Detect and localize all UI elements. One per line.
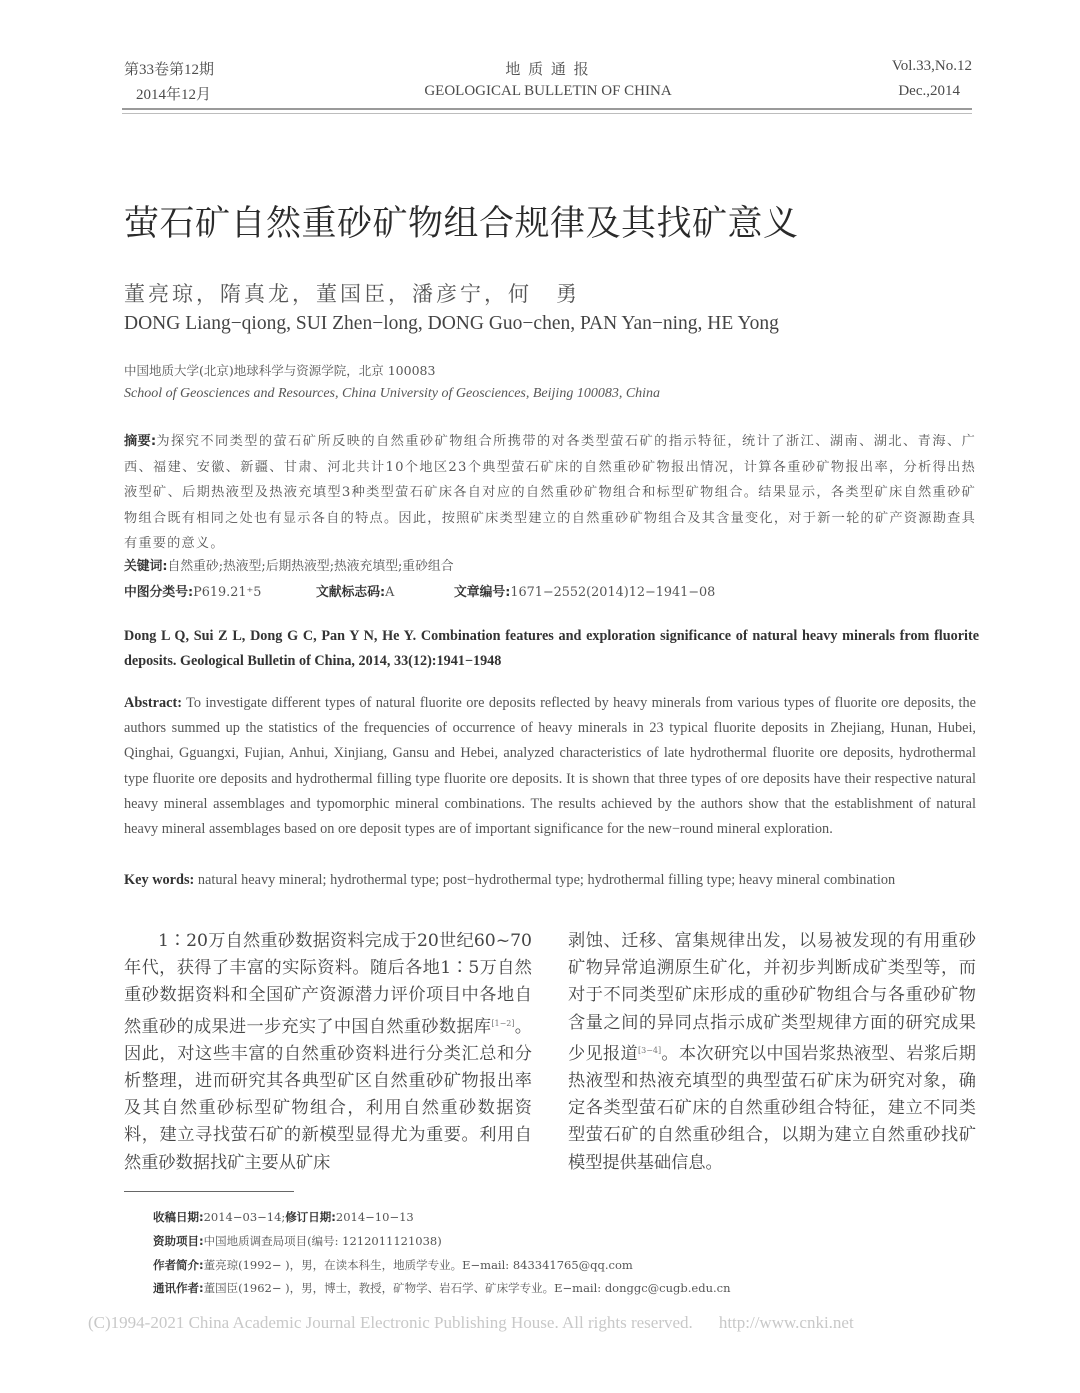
abstract-en: Abstract: To investigate different types… (124, 691, 976, 842)
article-no-label: 文章编号: (454, 585, 510, 600)
citation: Dong L Q, Sui Z L, Dong G C, Pan Y N, He… (124, 624, 979, 674)
body-left-text-b: 。因此，对这些丰富的自然重砂资料进行分类汇总和分析整理，进而研究其各典型矿区自然… (124, 1017, 532, 1173)
abstract-en-label: Abstract: (124, 695, 182, 711)
keywords-cn-label: 关键词: (124, 559, 168, 574)
doc-code-label: 文献标志码: (316, 585, 385, 600)
keywords-en: Key words: natural heavy mineral; hydrot… (124, 868, 976, 893)
copyright-text: (C)1994-2021 China Academic Journal Elec… (88, 1313, 693, 1332)
clc-value: P619.21⁺5 (193, 585, 261, 600)
classification-row: 中图分类号:P619.21⁺5文献标志码:A文章编号:1671−2552(201… (124, 581, 715, 600)
corresponding-value: 董国臣(1962− )，男，博士，教授，矿物学、岩石学、矿床学专业。E−mail… (204, 1281, 731, 1295)
revised-label: 修订日期: (285, 1210, 336, 1224)
abstract-en-text: To investigate different types of natura… (124, 695, 976, 837)
header-rule (122, 108, 972, 114)
author-value: 董亮琼(1992− )，男，在读本科生，地质学专业。E−mail: 843341… (204, 1258, 633, 1272)
authors-en: DONG Liang−qiong, SUI Zhen−long, DONG Gu… (124, 313, 779, 335)
funding-value: 中国地质调查局项目(编号: 1212011121038) (204, 1234, 442, 1248)
keywords-en-label: Key words: (124, 872, 194, 888)
abstract-cn-label: 摘要: (124, 434, 156, 449)
funding-label: 资助项目: (153, 1234, 204, 1248)
corresponding-label: 通讯作者: (153, 1281, 204, 1295)
reference-marker[interactable]: [3−4] (638, 1046, 661, 1055)
footnote-rule (124, 1191, 294, 1192)
keywords-cn: 关键词:自然重砂;热液型;后期热液型;热液充填型;重砂组合 (124, 555, 454, 574)
article-title: 萤石矿自然重砂矿物组合规律及其找矿意义 (124, 196, 799, 246)
keywords-cn-text: 自然重砂;热液型;后期热液型;热液充填型;重砂组合 (168, 559, 454, 574)
author-label: 作者简介: (153, 1258, 204, 1272)
footnote-author: 作者简介:董亮琼(1992− )，男，在读本科生，地质学专业。E−mail: 8… (153, 1257, 633, 1273)
revised-value: 2014−10−13 (336, 1210, 414, 1224)
article-no-value: 1671−2552(2014)12−1941−08 (510, 585, 715, 600)
header-date-en: Dec.,2014 (898, 83, 960, 100)
footnote-funding: 资助项目:中国地质调查局项目(编号: 1212011121038) (153, 1233, 442, 1249)
reference-marker[interactable]: [1−2] (491, 1019, 514, 1028)
affiliation-en: School of Geosciences and Resources, Chi… (124, 386, 660, 402)
received-value: 2014−03−14; (204, 1210, 286, 1224)
cnki-link[interactable]: http://www.cnki.net (719, 1313, 854, 1332)
received-label: 收稿日期: (153, 1210, 204, 1224)
body-left-text-a: 1∶20万自然重砂数据资料完成于20世纪60~70年代，获得了丰富的实际资料。随… (124, 931, 532, 1037)
footnote-dates: 收稿日期:2014−03−14;修订日期:2014−10−13 (153, 1209, 414, 1225)
body-column-left: 1∶20万自然重砂数据资料完成于20世纪60~70年代，获得了丰富的实际资料。随… (124, 928, 532, 1177)
header-volume-en: Vol.33,No.12 (892, 58, 972, 75)
copyright-watermark: (C)1994-2021 China Academic Journal Elec… (88, 1313, 854, 1333)
clc-label: 中图分类号: (124, 585, 193, 600)
affiliation-cn: 中国地质大学(北京)地球科学与资源学院，北京 100083 (124, 361, 435, 379)
doc-code-value: A (385, 585, 394, 600)
abstract-cn: 摘要:为探究不同类型的萤石矿所反映的自然重砂矿物组合所携带的对各类型萤石矿的指示… (124, 429, 976, 557)
keywords-en-text: natural heavy mineral; hydrothermal type… (198, 872, 895, 888)
abstract-cn-text: 为探究不同类型的萤石矿所反映的自然重砂矿物组合所携带的对各类型萤石矿的指示特征，… (124, 434, 976, 551)
authors-cn: 董亮琼，隋真龙，董国臣，潘彦宁，何 勇 (124, 278, 580, 308)
body-column-right: 剥蚀、迁移、富集规律出发，以易被发现的有用重砂矿物异常追溯原生矿化，并初步判断成… (568, 928, 976, 1177)
footnote-corresponding: 通讯作者:董国臣(1962− )，男，博士，教授，矿物学、岩石学、矿床学专业。E… (153, 1280, 730, 1296)
